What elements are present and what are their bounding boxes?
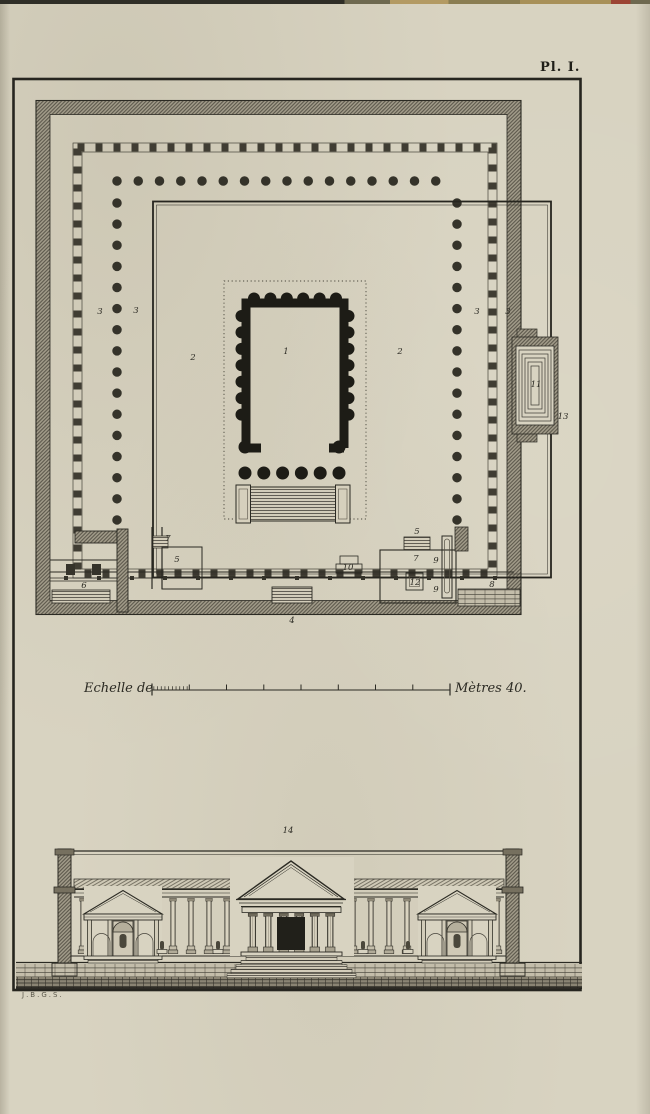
- figure-number-9: 9: [433, 585, 439, 595]
- plan-drawing: [36, 101, 558, 615]
- scanned-plate-page: { "plate": { "label": "Pl. I." }, "signa…: [0, 0, 650, 1114]
- temple-plan: [236, 299, 350, 524]
- figure-number-3: 3: [505, 307, 510, 317]
- left-end-pillar: [52, 849, 77, 976]
- figure-number-5: 5: [174, 555, 179, 565]
- figure-number-13: 13: [558, 412, 569, 422]
- figure-number-1: 1: [283, 347, 288, 357]
- figure-number-2: 2: [189, 353, 195, 363]
- figure-number-2: 2: [396, 347, 402, 357]
- figure-number-3: 3: [97, 307, 102, 317]
- figure-number-9: 9: [433, 556, 439, 566]
- engraving-svg: 12233334556778991011121314: [0, 0, 650, 1114]
- figure-number-14: 14: [283, 826, 294, 836]
- figure-number-7: 7: [165, 534, 171, 544]
- temple-elevation: [227, 857, 356, 978]
- engraver-signature: J.B.G.S.: [22, 991, 64, 999]
- elevation-drawing: [16, 849, 582, 988]
- left-aedicula: [84, 886, 162, 963]
- scale-caption-left: Echelle de: [84, 681, 153, 696]
- right-aedicula: [418, 886, 496, 963]
- figure-number-5: 5: [414, 527, 419, 537]
- scale-caption-right: Mètres 40.: [455, 681, 527, 696]
- plate-number-label: Pl. I.: [540, 60, 580, 75]
- figure-number-3: 3: [133, 306, 138, 316]
- figure-number-11: 11: [531, 380, 542, 390]
- figure-number-12: 12: [410, 578, 421, 588]
- figure-number-4: 4: [288, 616, 294, 626]
- figure-number-3: 3: [474, 307, 479, 317]
- figure-number-8: 8: [489, 580, 495, 590]
- scale-bar-drawing: [152, 684, 450, 696]
- figure-number-10: 10: [343, 563, 354, 573]
- figure-number-6: 6: [81, 581, 87, 591]
- figure-number-7: 7: [413, 554, 419, 564]
